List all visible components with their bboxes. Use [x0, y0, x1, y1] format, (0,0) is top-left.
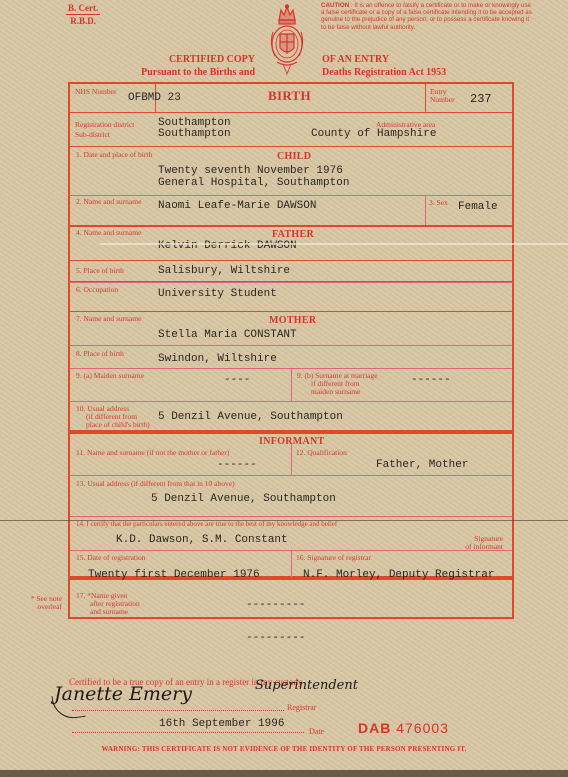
paper-crease	[100, 243, 568, 245]
signature-label-line2: of informant	[455, 543, 503, 551]
informant-heading: INFORMANT	[259, 436, 324, 447]
divider	[291, 550, 292, 578]
informant-usual-address: 5 Denzil Avenue, Southampton	[151, 493, 336, 505]
entry-number-label: Entry Number	[430, 88, 456, 104]
field-13-label: 13. Usual address (if different from tha…	[76, 480, 235, 488]
identity-warning: WARNING: THIS CERTIFICATE IS NOT EVIDENC…	[0, 745, 568, 753]
field-12-label: 12. Qualification	[296, 449, 347, 457]
child-heading: CHILD	[277, 151, 311, 162]
scan-edge	[0, 770, 568, 777]
child-place-of-birth: General Hospital, Southampton	[158, 177, 349, 189]
divider	[69, 195, 512, 196]
divider	[69, 282, 512, 283]
mother-usual-address: 5 Denzil Avenue, Southampton	[158, 411, 343, 423]
surname-at-marriage: ------	[411, 374, 451, 386]
side-note-line2: overleaf	[28, 603, 62, 611]
registration-district-label: Registration district	[75, 121, 134, 129]
divider	[291, 368, 292, 401]
field-10-label: 10. Usual address (if different from pla…	[76, 405, 150, 429]
caution-text: : It is an offence to falsify a certific…	[321, 2, 532, 31]
field-1-label: 1. Date and place of birth	[76, 151, 152, 159]
field-15-label: 15. Date of registration	[76, 554, 146, 562]
caution-notice: CAUTION : It is an offence to falsify a …	[321, 2, 533, 31]
mother-name: Stella Maria CONSTANT	[158, 329, 297, 341]
divider	[69, 401, 512, 402]
signature-of-informant-label: Signature of informant	[455, 535, 503, 551]
certifier-title-handwritten: Superintendent	[255, 678, 358, 693]
divider	[69, 475, 512, 476]
father-occupation: University Student	[158, 288, 277, 300]
field-16-label: 16. Signature of registrar	[296, 554, 371, 562]
informant-name: ------	[217, 459, 257, 471]
divider	[69, 345, 512, 346]
admin-area: County of Hampshire	[311, 128, 436, 140]
registrar-signature: N.F. Morley, Deputy Registrar	[303, 569, 494, 581]
child-name: Naomi Leafe-Marie DAWSON	[158, 200, 316, 212]
informant-signature: K.D. Dawson, S.M. Constant	[116, 534, 288, 546]
informant-qualification: Father, Mother	[376, 459, 468, 471]
field-9a-label: 9. (a) Maiden surname	[76, 372, 144, 380]
mother-heading: MOTHER	[269, 315, 316, 326]
field-17-label-line3: and surname	[76, 608, 140, 616]
registration-date: Twenty first December 1976	[88, 569, 260, 581]
serial-prefix: DAB	[358, 720, 391, 736]
form-code: B. Cert. R.B.D.	[66, 2, 100, 27]
entry-number: 237	[470, 92, 492, 106]
field-6-label: 6. Occupation	[76, 286, 118, 294]
field-4-label: 4. Name and surname	[76, 229, 141, 237]
sub-district: Southampton	[158, 128, 231, 140]
field-7-label: 7. Name and surname	[76, 315, 141, 323]
father-place-of-birth: Salisbury, Wiltshire	[158, 265, 290, 277]
divider	[425, 195, 426, 225]
see-note-overleaf: * See note overleaf	[28, 595, 62, 611]
serial-number: 476003	[396, 720, 449, 736]
registrar-label: Registrar	[287, 703, 316, 712]
certification-date: 16th September 1996	[159, 718, 284, 730]
child-date-of-birth: Twenty seventh November 1976	[158, 165, 343, 177]
father-heading: FATHER	[272, 229, 314, 240]
sub-district-label: Sub-district	[75, 131, 110, 139]
birth-heading: BIRTH	[268, 88, 311, 104]
form-code-bottom: R.B.D.	[66, 15, 100, 27]
field-5-label: 5. Place of birth	[76, 267, 124, 275]
divider	[291, 444, 292, 475]
field-9b-label: 9. (b) Surname at marriage if different …	[297, 372, 378, 396]
divider	[69, 311, 512, 312]
field-14-label: 14. I certify that the particulars enter…	[76, 520, 337, 528]
date-label: Date	[309, 727, 324, 736]
paper-fold	[0, 520, 568, 521]
signature-flourish	[51, 692, 85, 721]
field-11-label: 11. Name and surname (if not the mother …	[76, 449, 229, 457]
title-right: OF AN ENTRY Deaths Registration Act 1953	[322, 53, 446, 79]
certificate-serial: DAB 476003	[358, 720, 449, 736]
divider	[69, 146, 512, 147]
divider	[69, 260, 512, 261]
field-3-label: 3. Sex	[429, 199, 448, 207]
divider	[69, 516, 512, 517]
maiden-surname: ----	[224, 374, 250, 386]
divider	[425, 84, 426, 112]
child-sex: Female	[458, 201, 498, 213]
field-17-label: 17. *Name given after registration and s…	[76, 592, 140, 616]
title-certified-copy: CERTIFIED COPY	[120, 53, 255, 66]
form-code-top: B. Cert.	[66, 2, 100, 15]
mother-place-of-birth: Swindon, Wiltshire	[158, 353, 277, 365]
name-after-registration: ---------	[246, 599, 305, 611]
royal-crest-icon	[267, 4, 307, 76]
title-left: CERTIFIED COPY Pursuant to the Births an…	[120, 53, 255, 79]
nhs-label: NHS Number	[75, 88, 116, 96]
field-8-label: 8. Place of birth	[76, 350, 124, 358]
title-act: Deaths Registration Act 1953	[322, 66, 446, 79]
father-name: Kelvin Derrick DAWSON	[158, 240, 297, 252]
field-9b-label-line3: maiden surname	[297, 388, 378, 396]
post-box-dashes: ---------	[246, 632, 305, 644]
caution-label: CAUTION	[321, 2, 349, 9]
title-of-an-entry: OF AN ENTRY	[322, 53, 446, 66]
divider	[69, 112, 512, 113]
field-10-label-line3: place of child's birth)	[76, 421, 150, 429]
nhs-number: OFBMD 23	[128, 92, 181, 104]
field-2-label: 2. Name and surname	[76, 198, 141, 206]
title-pursuant: Pursuant to the Births and	[120, 66, 255, 79]
